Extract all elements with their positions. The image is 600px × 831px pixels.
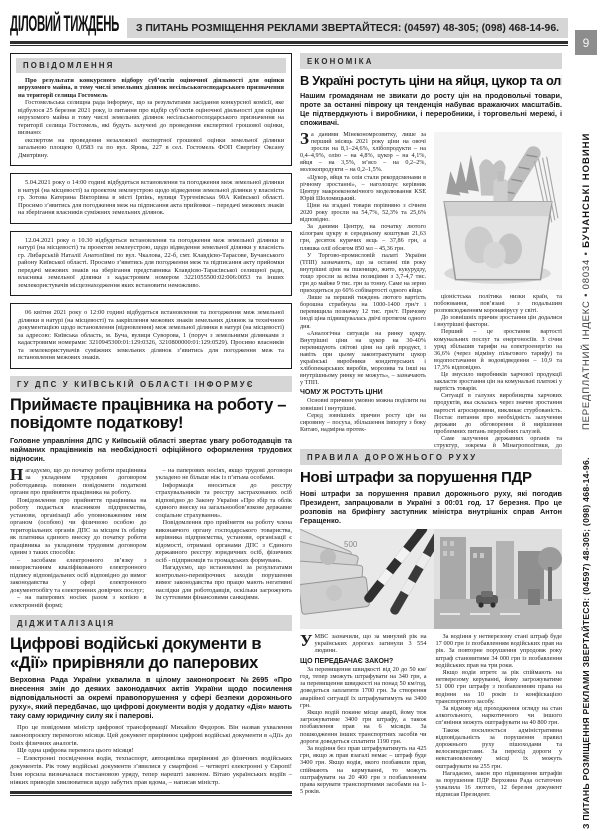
right-column: ЕКОНОМІКА В Україні ростуть ціни на яйця… [300,53,562,799]
paragraph: Лише за перший тиждень лютого вартість б… [300,294,426,329]
paragraph: За перевищення швидкості від 20 до 50 км… [300,666,427,709]
footer-rule [10,791,292,796]
paragraph: Перший – це зростання вартості комунальн… [434,328,562,371]
paragraph: У МВС зазначили, що за минулий рік на ук… [300,633,427,655]
subscription-index: ПЕРЕДПЛАТНИЙ ІНДЕКС • 08034 • [581,248,592,430]
newspaper-logo: ДІЛОВИЙ ТИЖДЕНЬ [10,16,120,38]
paragraph: За водіння без прав штрафуватимуть на 42… [300,745,427,795]
paragraph: – Електронні посвідчення водія, техпаспо… [10,755,292,786]
notice-body: 5.04.2021 року о 14:00 годині відбудетьс… [18,179,284,217]
article-headline: В Україні ростуть ціни на яйця, цукор та… [300,73,562,88]
paragraph: Повідомлення про прийняття працівника на… [10,497,147,557]
paragraph: 5.04.2021 року о 14:00 годині відбудетьс… [18,179,284,217]
subscription-rail: ПЕРЕДПЛАТНИЙ ІНДЕКС • 08034 • БУЧАНСЬКІ … [581,133,592,430]
groceries-photo-art [434,132,562,290]
header-rule [10,41,568,46]
paragraph: За відмову від проходження огляду на ста… [436,705,563,727]
paragraph: Нагадуємо, що встановлені за результатам… [156,564,293,602]
notice-body: 06 квітня 2021 року о 12:00 годині відбу… [18,309,284,362]
article-lead: Нові штрафи за порушення правил дорожньо… [300,489,562,525]
notice-box-2: 5.04.2021 року о 14:00 годині відбудетьс… [10,173,292,224]
page-number: 9 [575,30,597,55]
paragraph: 12.04.2021 року о 10.30 відбудеться вста… [18,237,284,290]
article-digital: ДІДЖИТАЛІЗАЦІЯ Цифрові водійські докумен… [10,615,292,786]
economy-paragraphs: За даними Мінекономрозвитку, лише за пер… [300,131,426,386]
paragraph: Також посилюється адміністративна відпов… [436,727,563,770]
article-traffic: ПРАВИЛА ДОРОЖНЬОГО РУХУ Нові штрафи за п… [300,449,562,799]
article-subhead: ЧОМУ Ж РОСТУТЬ ЦІНИ [300,389,426,396]
paragraph: Ще одна цифрова перемога цього місяця! [10,747,292,755]
paragraph: Про це повідомив міністр цифрової трансф… [10,724,292,747]
article-body: У МВС зазначили, що за минулий рік на ук… [300,633,562,799]
notice-box-1: ПОВІДОМЛЕННЯ Про результати конкурсного … [10,53,292,166]
article-body: Про це повідомив міністр цифрової трансф… [10,724,292,786]
paragraph: «Цукор, яйця та олія стали рекордсменами… [300,174,426,202]
page-content: ПОВІДОМЛЕННЯ Про результати конкурсного … [10,53,590,799]
article-headline: Приймаєте працівника на роботу – повідом… [10,396,292,433]
text-column-1: Нагадуємо, що до початку роботи працівни… [10,467,147,610]
paragraph: Якщо водія втретє за рік спіймають на не… [436,669,563,705]
newspaper-logo-text: ДІЛОВИЙ ТИЖДЕНЬ [10,13,119,38]
traffic-fine-photo: 500 [300,529,562,629]
ads-contact-rail: З ПИТАНЬ РОЗМІЩЕННЯ РЕКЛАМИ ЗВЕРТАЙТЕСЯ:… [581,457,591,829]
paragraph: експертом на проведення незалежної експе… [18,137,284,160]
text-column-2: ціоністська політика низки країн, та поб… [434,131,562,449]
economy-paragraphs: ціоністська політика низки країн, та поб… [434,293,562,449]
newspaper-brand-vertical: БУЧАНСЬКІ НОВИНИ [581,133,592,248]
article-headline: Нові штрафи за порушення ПДР [300,469,562,486]
paragraph: Інформація вноситься до реєстру страхува… [156,482,293,520]
article-economy: ЕКОНОМІКА В Україні ростуть ціни на яйця… [300,53,562,449]
section-header-notices: ПОВІДОМЛЕННЯ [16,58,286,73]
paragraph: Саме залучення державних органів та стру… [434,435,562,449]
paragraph: Серед зовнішніх причин росту цін на сиро… [300,412,426,433]
paragraph: До зовнішніх причин зростання цін додали… [434,314,562,328]
section-header-economy: ЕКОНОМІКА [300,53,562,69]
article-tax: ГУ ДПС У КИЇВСЬКІЙ ОБЛАСТІ ІНФОРМУЄ Прий… [10,376,292,610]
paragraph: Це змусило виробників харчової продукції… [434,371,562,392]
notice-body: 12.04.2021 року о 10.30 відбудеться вста… [18,237,284,290]
article-body: Нагадуємо, що до початку роботи працівни… [10,467,292,610]
text-column-1: У МВС зазначили, що за минулий рік на ук… [300,633,427,799]
notice-body: Гостомельська селищна рада інформує, що … [18,99,284,159]
paragraph: У Торгово-промисловій палаті України (ТП… [300,252,426,295]
paragraph: Нагадуємо, що до початку роботи працівни… [10,467,147,497]
paragraph: Повідомлення про прийняття на роботу чле… [156,519,293,564]
text-column-2: За водіння у нетверезому стані штраф буд… [436,633,563,799]
article-lead: Головне управління ДПС у Київській облас… [10,436,292,463]
section-header-traffic: ПРАВИЛА ДОРОЖНЬОГО РУХУ [300,449,562,465]
notice-box-4: 06 квітня 2021 року о 12:00 годині відбу… [10,303,292,369]
paragraph: Основні причини умовно можна поділити на… [300,397,426,411]
notice-box-3: 12.04.2021 року о 10.30 відбудеться вста… [10,231,292,297]
article-body: За даними Мінекономрозвитку, лише за пер… [300,131,562,449]
paragraph: Ціни на згадані товари порівняно з січне… [300,202,426,223]
article-lead: Нашим громадянам не звикати до росту цін… [300,91,562,127]
article-lead: Верховна Рада України ухвалила в цілому … [10,675,292,720]
section-header-tax: ГУ ДПС У КИЇВСЬКІЙ ОБЛАСТІ ІНФОРМУЄ [10,376,292,392]
article-subhead: ЩО ПЕРЕДБАЧАЄ ЗАКОН? [300,658,427,665]
paragraph: За даними Мінекономрозвитку, лише за пер… [300,131,426,174]
ads-contact-banner: З ПИТАНЬ РОЗМІЩЕННЯ РЕКЛАМИ ЗВЕРТАЙТЕСЯ:… [127,18,568,38]
paragraph: – засобами електронного зв’язку з викори… [10,557,147,595]
paragraph: Нагадаємо, закон про підвищення штрафів … [436,770,563,799]
article-headline: Цифрові водійські документи в «Дії» прир… [10,635,292,672]
section-header-digital: ДІДЖИТАЛІЗАЦІЯ [10,615,292,631]
left-column: ПОВІДОМЛЕННЯ Про результати конкурсного … [10,53,292,799]
paragraph: «Аналогічна ситуація на ринку цукру. Вну… [300,330,426,387]
page-header: ДІЛОВИЙ ТИЖДЕНЬ З ПИТАНЬ РОЗМІЩЕННЯ РЕКЛ… [10,16,568,38]
paragraph: За даними Центру, на початку лютого кіло… [300,223,426,251]
notice-title: Про результати конкурсного відбору суб’є… [18,77,284,100]
text-column-2: – на паперових носіях, якщо трудові дого… [156,467,293,610]
traffic-paragraphs: У МВС зазначили, що за минулий рік на ук… [300,633,427,655]
svg-text:500: 500 [344,540,358,549]
paragraph: Ситуації в галузях виробництва харчових … [434,392,562,435]
traffic-fine-photo-art: 500 [300,529,562,629]
paragraph: Гостомельська селищна рада інформує, що … [18,99,284,137]
paragraph: ціоністська політика низки країн, та поб… [434,293,562,314]
newspaper-page: ДІЛОВИЙ ТИЖДЕНЬ З ПИТАНЬ РОЗМІЩЕННЯ РЕКЛ… [0,0,600,831]
traffic-paragraphs-2: За перевищення швидкості від 20 до 50 км… [300,666,427,796]
text-column-1: За даними Мінекономрозвитку, лише за пер… [300,131,426,449]
paragraph: – на паперових носіях разом з копією в е… [10,594,147,609]
paragraph: – на паперових носіях, якщо трудові дого… [156,467,293,482]
paragraph: Якщо водій покине місце аварії, йому теж… [300,709,427,745]
paragraph: За водіння у нетверезому стані штраф буд… [436,633,563,669]
groceries-photo [434,132,562,290]
economy-paragraphs-2: Основні причини умовно можна поділити на… [300,397,426,432]
paragraph: 06 квітня 2021 року о 12:00 годині відбу… [18,309,284,362]
